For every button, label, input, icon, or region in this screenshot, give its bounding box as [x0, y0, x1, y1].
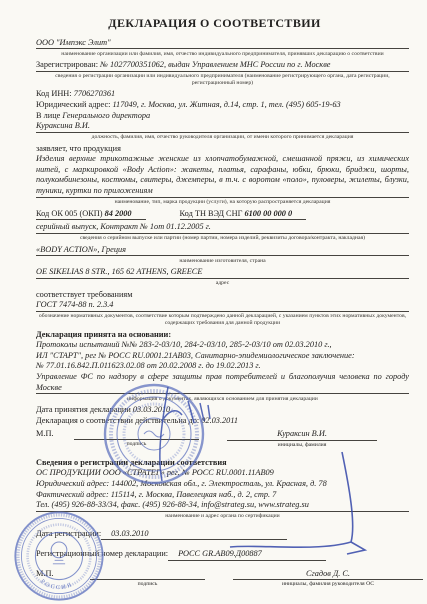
- registration-header: Сведения о регистрации декларации соотве…: [36, 458, 409, 469]
- registered-label: Зарегистрирован:: [36, 60, 98, 69]
- standards-caption: обозначение нормативных документов, соот…: [36, 313, 409, 327]
- code-okp: Код ОК 005 (ОКП) 84 2000: [36, 209, 146, 221]
- adoption-date-value: 03.03.2010: [133, 405, 170, 414]
- cb-caption: наименование и адрес органа по сертифика…: [36, 513, 409, 520]
- registration-signature-row: М.П. подпись Сгадов Д. С. инициалы, фами…: [36, 569, 409, 589]
- registration-number-row: Регистрационный номер декларации: РОСС G…: [36, 549, 409, 561]
- manufacturer-name: «BODY ACTION», Греция: [36, 245, 409, 257]
- signature-block: подпись: [74, 429, 199, 448]
- registration-number-value: РОСС GR.АВ09.Д00887: [168, 549, 326, 561]
- inn-label: Код ИНН:: [36, 89, 72, 98]
- in-person-value: Генерального директора: [62, 111, 150, 120]
- serial-caption: сведения о серийном выпуске или партии (…: [64, 235, 382, 242]
- basis-line: № 77.01.16.842.П.011623.02.08 от 20.02.2…: [36, 361, 409, 372]
- adoption-date-row: Дата принятия декларации 03.03.2010: [36, 405, 409, 416]
- signer-caption: инициалы, фамилия руководителя ОС: [233, 579, 423, 588]
- code-tnved: Код ТН ВЭД СНГ 6100 00 000 0: [180, 209, 307, 221]
- basis-line: Протоколы испытаний №№ 283-2-03/10, 284-…: [36, 340, 409, 351]
- basis-header: Декларация принята на основании:: [36, 330, 409, 341]
- in-person-row: В лице Генерального директора: [36, 111, 409, 122]
- manufacturer-address: OE SIKELIAS 8 STR., 165 62 ATHENS, GREEC…: [36, 267, 409, 279]
- valid-until-row: Декларация о соответствии действительна …: [36, 416, 409, 427]
- cb-contacts: Тел. (495) 926-88-33/34, факс. (495) 926…: [36, 500, 409, 512]
- registration-number-label: Регистрационный номер декларации:: [36, 549, 168, 560]
- org-caption: наименование организации или фамилия, им…: [47, 51, 399, 58]
- standards: ГОСТ 7474-88 п. 2.3.4: [36, 300, 409, 312]
- registration-date-value: 03.03.2010: [101, 529, 287, 541]
- code-tnved-value: 6100 00 000 0: [244, 209, 292, 218]
- signature-space: [90, 569, 205, 579]
- code-okp-label: Код ОК 005 (ОКП): [36, 209, 103, 218]
- registration-date-row: Дата регистрации: 03.03.2010: [36, 529, 409, 541]
- product-caption: наименование, тип, марка продукции (услу…: [36, 199, 409, 206]
- signer-caption: инициалы, фамилия: [227, 440, 377, 449]
- inn-row: Код ИНН: 7706270361: [36, 89, 409, 100]
- signer-name: Кураксин В.И.: [227, 429, 377, 440]
- conforms-label: соответствует требованиям: [36, 290, 409, 301]
- signature-caption: подпись: [74, 439, 199, 448]
- declares-label: заявляет, что продукция: [36, 144, 409, 155]
- legal-address-row: Юридический адрес: 117049, г. Москва, ул…: [36, 100, 409, 111]
- signature-space: [74, 429, 199, 439]
- code-okp-value: 84 2000: [105, 209, 132, 218]
- inn-value: 7706270361: [74, 89, 115, 98]
- product-description: Изделия верхние трикотажные женские из х…: [36, 154, 409, 197]
- code-tnved-label: Код ТН ВЭД СНГ: [180, 209, 243, 218]
- valid-until-value: 02.03.2011: [201, 416, 238, 425]
- basis-line: ИЛ "СТАРТ", рег № РОСС RU.0001.21АВ03, С…: [36, 351, 409, 362]
- address-caption: адрес: [36, 280, 409, 287]
- manufacturer-caption: наименование изготовителя, страна: [36, 258, 409, 265]
- basis-caption: информация о документах, являющихся осно…: [47, 396, 399, 403]
- basis-line: Управление ФС по надзору в сфере защиты …: [36, 372, 409, 394]
- cb-actual-address: Фактический адрес: 115114, г. Москва, Па…: [36, 490, 409, 501]
- director-caption: должность, фамилия, имя, отчество руково…: [36, 134, 409, 141]
- signer-name: Сгадов Д. С.: [233, 569, 423, 580]
- signature-block: подпись: [90, 569, 205, 588]
- legal-address-label: Юридический адрес:: [36, 100, 110, 109]
- director-name: Кураксина В.И.: [36, 121, 409, 133]
- stamp-place-label: М.П.: [36, 429, 70, 440]
- signer-block: Кураксин В.И. инициалы, фамилия: [227, 429, 377, 449]
- in-person-label: В лице: [36, 111, 60, 120]
- org-name: ООО "Импэкс Элит": [36, 38, 409, 50]
- stamp-place-label: М.П.: [36, 569, 66, 580]
- registered-caption: сведения о регистрации организации или и…: [36, 73, 409, 87]
- certification-body: ОС ПРОДУКЦИИ ООО «СТРАТЕГ» рег. № РОСС R…: [36, 468, 409, 479]
- registered-value: № 1027700351062, выдан Управлением МНС Р…: [100, 60, 330, 69]
- adoption-date-label: Дата принятия декларации: [36, 405, 131, 414]
- registration-record: Зарегистрирован: № 1027700351062, выдан …: [36, 60, 409, 72]
- signer-block: Сгадов Д. С. инициалы, фамилия руководит…: [233, 569, 423, 589]
- valid-until-label: Декларация о соответствии действительна …: [36, 416, 199, 425]
- codes-row: Код ОК 005 (ОКП) 84 2000 Код ТН ВЭД СНГ …: [36, 209, 409, 221]
- signature-caption: подпись: [90, 579, 205, 588]
- document-page: ДЕКЛАРАЦИЯ О СООТВЕТСТВИИ ООО "Импэкс Эл…: [0, 0, 427, 604]
- serial-info: серийный выпуск, Контракт № 1от 01.12.20…: [36, 222, 409, 234]
- adoption-signature-row: М.П. подпись Кураксин В.И. инициалы, фам…: [36, 429, 409, 449]
- registration-date-label: Дата регистрации:: [36, 529, 101, 540]
- cb-legal-address: Юридический адрес: 144002, Московская об…: [36, 479, 409, 490]
- doc-title: ДЕКЛАРАЦИЯ О СООТВЕТСТВИИ: [20, 18, 409, 29]
- legal-address-value: 117049, г. Москва, ул. Житная, д.14, стр…: [113, 100, 341, 109]
